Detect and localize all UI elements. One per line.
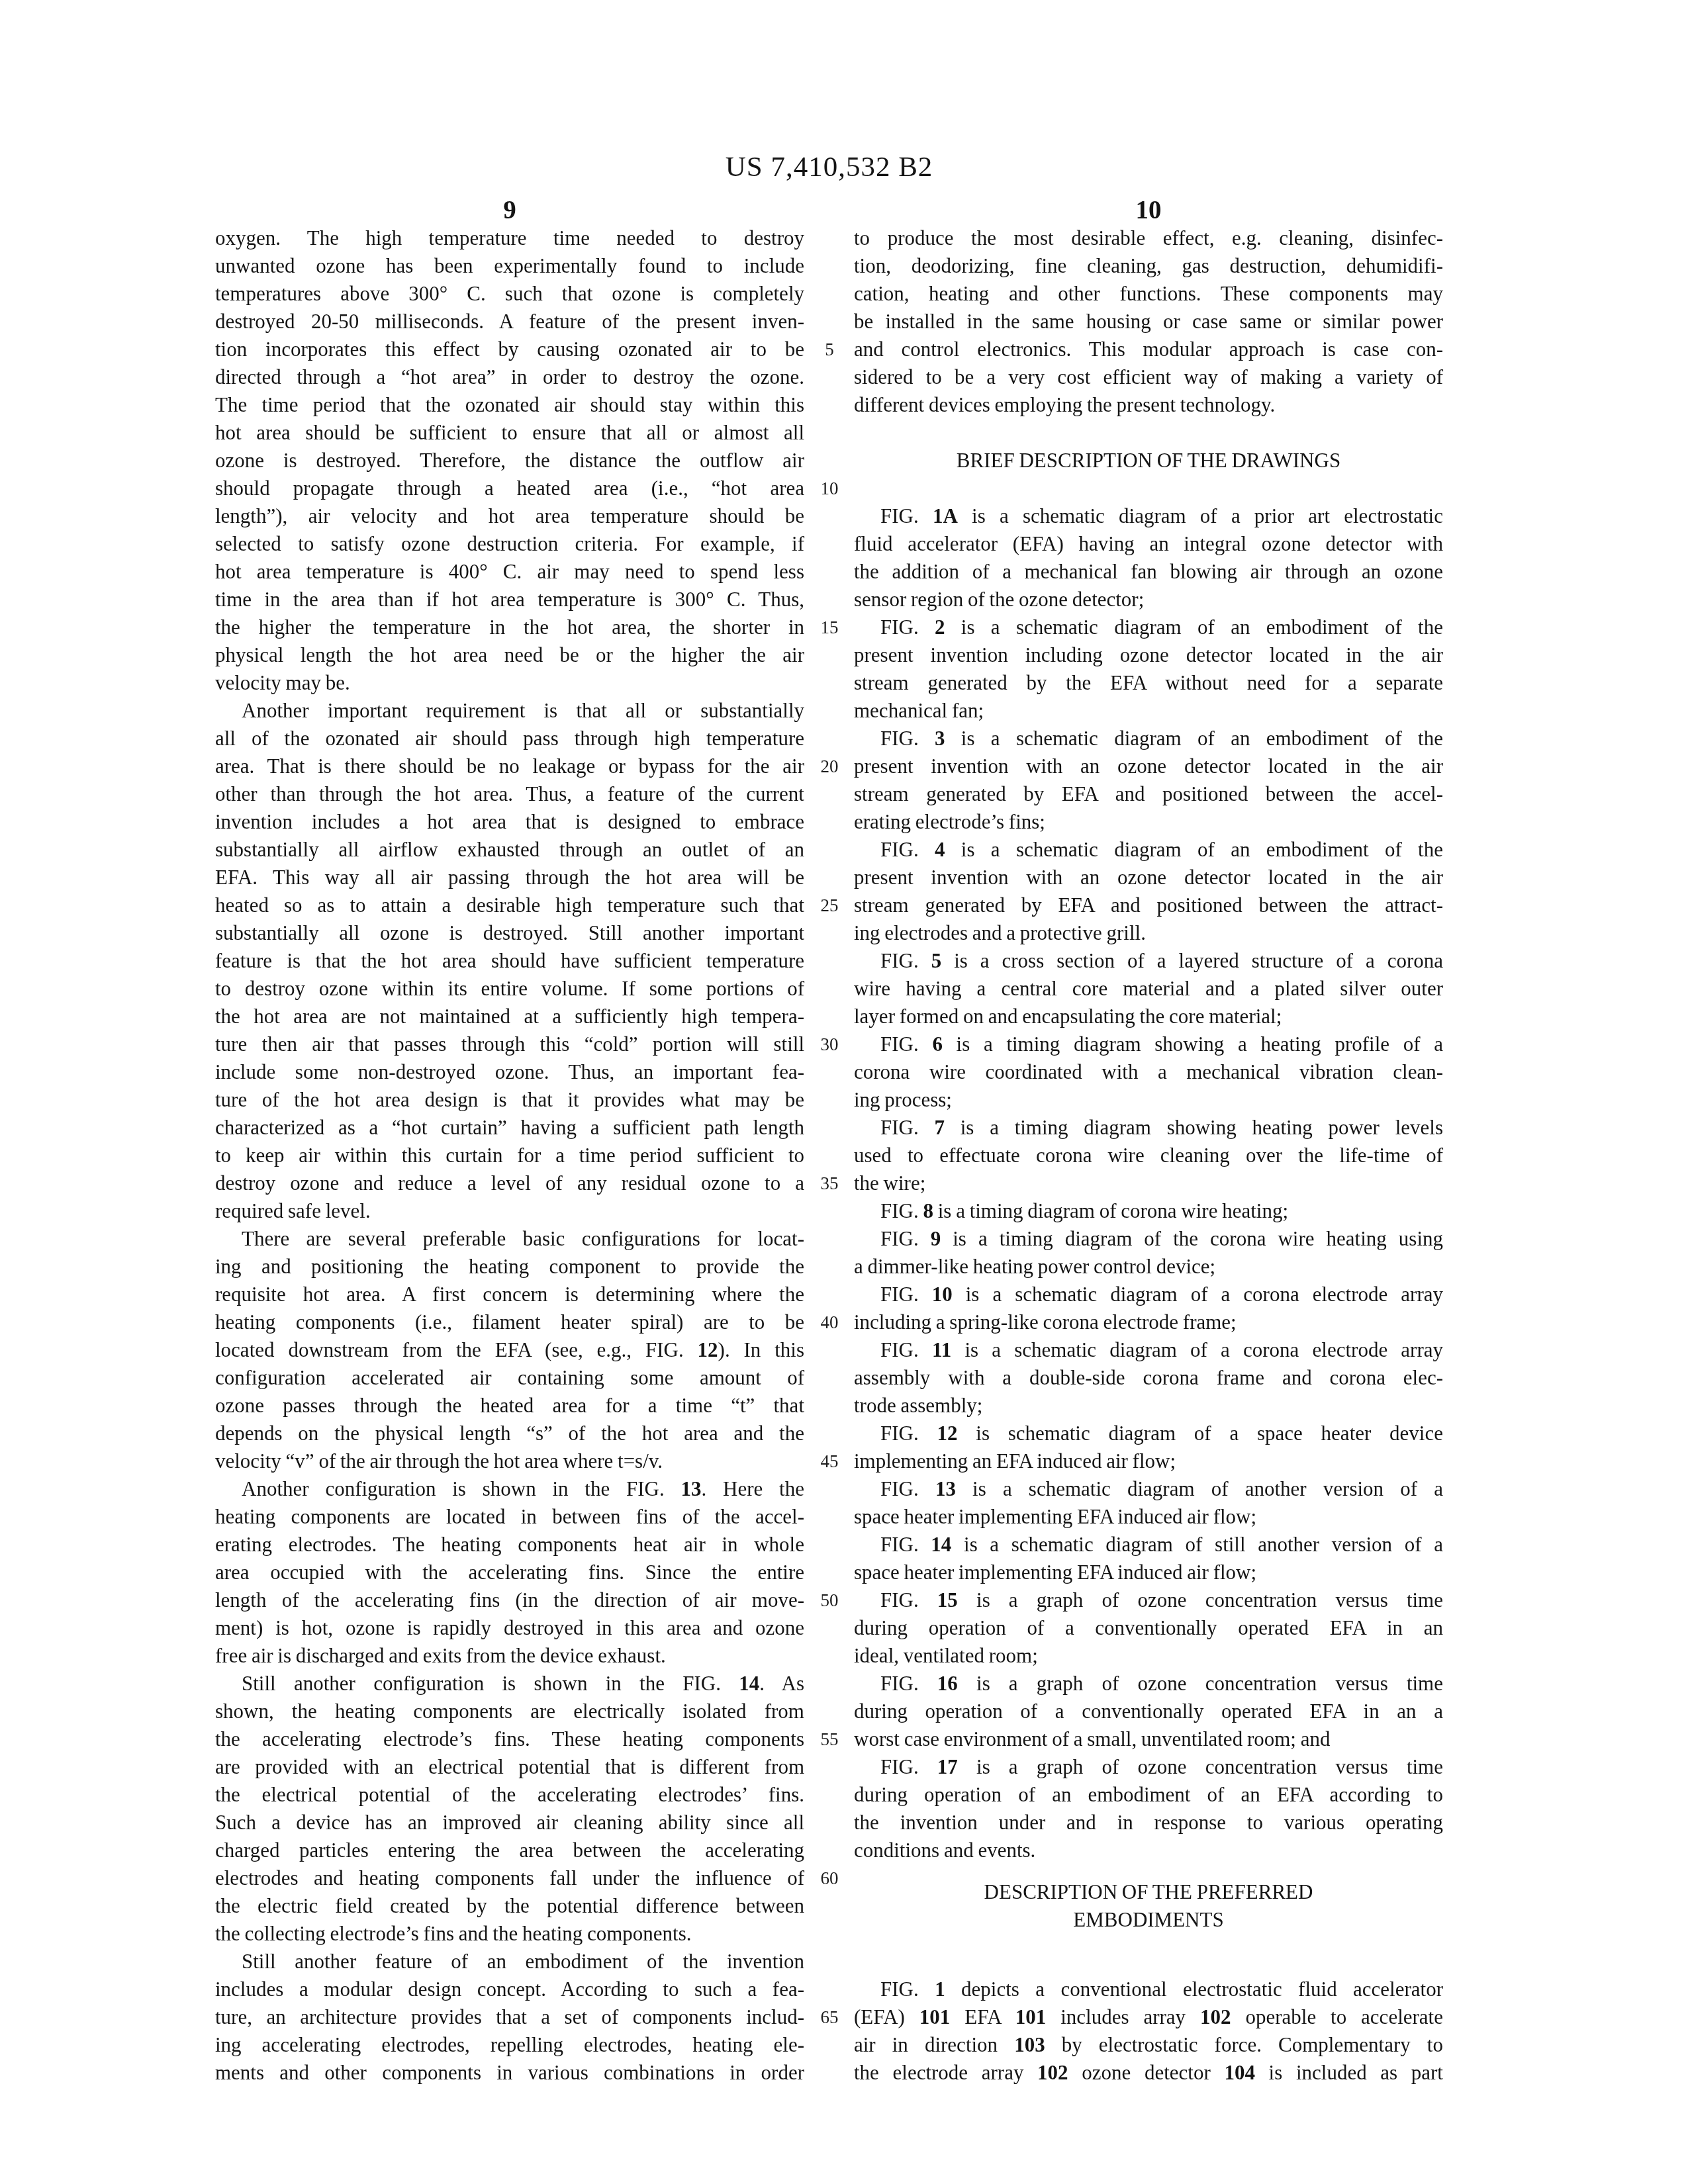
- left-column: oxygen. The high temperature time needed…: [215, 224, 804, 2130]
- text-line: to keep air within this curtain for a ti…: [215, 1142, 804, 1169]
- text-line: worst case environment of a small, unven…: [854, 1725, 1443, 1753]
- text-line: heating components are located in betwee…: [215, 1503, 804, 1531]
- text-line: a dimmer-like heating power control devi…: [854, 1253, 1443, 1281]
- text-line: other than through the hot area. Thus, a…: [215, 780, 804, 808]
- text-line: stream generated by the EFA without need…: [854, 669, 1443, 697]
- text-line: FIG. 2 is a schematic diagram of an embo…: [854, 614, 1443, 641]
- text-line: should propagate through a heated area (…: [215, 475, 804, 502]
- text-line: tion, deodorizing, fine cleaning, gas de…: [854, 252, 1443, 280]
- text-line: ozone is destroyed. Therefore, the dista…: [215, 447, 804, 475]
- text-line: corona wire coordinated with a mechanica…: [854, 1058, 1443, 1086]
- line-number-gutter: 5101520253035404550556065: [803, 224, 856, 2130]
- text-line: FIG. 14 is a schematic diagram of still …: [854, 1531, 1443, 1559]
- text-line: FIG. 8 is a timing diagram of corona wir…: [854, 1197, 1443, 1225]
- text-line: wire having a central core material and …: [854, 975, 1443, 1003]
- text-line: area occupied with the accelerating fins…: [215, 1559, 804, 1586]
- text-line: erating electrodes. The heating componen…: [215, 1531, 804, 1559]
- text-line: all of the ozonated air should pass thro…: [215, 725, 804, 752]
- text-line: FIG. 9 is a timing diagram of the corona…: [854, 1225, 1443, 1253]
- text-line: hot area should be sufficient to ensure …: [215, 419, 804, 447]
- text-line: directed through a “hot area” in order t…: [215, 363, 804, 391]
- text-line: time in the area than if hot area temper…: [215, 586, 804, 614]
- line-number: 45: [803, 1447, 856, 1475]
- text-line: including a spring-like corona electrode…: [854, 1308, 1443, 1336]
- section-heading-line: EMBODIMENTS: [854, 1906, 1443, 1934]
- text-line: the invention under and in response to v…: [854, 1809, 1443, 1837]
- text-line: present invention with an ozone detector…: [854, 752, 1443, 780]
- line-number: 5: [803, 336, 856, 363]
- text-line: the electric field created by the potent…: [215, 1892, 804, 1920]
- text-line: stream generated by EFA and positioned b…: [854, 891, 1443, 919]
- text-line: mechanical fan;: [854, 697, 1443, 725]
- line-number: 40: [803, 1308, 856, 1336]
- text-line: tion incorporates this effect by causing…: [215, 336, 804, 363]
- text-line: required safe level.: [215, 1197, 804, 1225]
- text-line: The time period that the ozonated air sh…: [215, 391, 804, 419]
- text-line: FIG. 6 is a timing diagram showing a hea…: [854, 1030, 1443, 1058]
- text-line: FIG. 1A is a schematic diagram of a prio…: [854, 502, 1443, 530]
- text-line: area. That is there should be no leakage…: [215, 752, 804, 780]
- text-line: cation, heating and other functions. The…: [854, 280, 1443, 308]
- text-line: shown, the heating components are electr…: [215, 1698, 804, 1725]
- text-line: FIG. 17 is a graph of ozone concentratio…: [854, 1753, 1443, 1781]
- section-heading-line: BRIEF DESCRIPTION OF THE DRAWINGS: [854, 447, 1443, 475]
- text-line: stream generated by EFA and positioned b…: [854, 780, 1443, 808]
- text-line: ing accelerating electrodes, repelling e…: [215, 2031, 804, 2059]
- text-line: air in direction 103 by electrostatic fo…: [854, 2031, 1443, 2059]
- text-line: erating electrode’s fins;: [854, 808, 1443, 836]
- text-line: located downstream from the EFA (see, e.…: [215, 1336, 804, 1364]
- text-line: during operation of a conventionally ope…: [854, 1698, 1443, 1725]
- text-line: Still another feature of an embodiment o…: [215, 1948, 804, 1976]
- text-line: selected to satisfy ozone destruction cr…: [215, 530, 804, 558]
- text-line: FIG. 12 is schematic diagram of a space …: [854, 1420, 1443, 1447]
- text-line: to produce the most desirable effect, e.…: [854, 224, 1443, 252]
- text-line: space heater implementing EFA induced ai…: [854, 1559, 1443, 1586]
- text-line: configuration accelerated air containing…: [215, 1364, 804, 1392]
- text-line: the wire;: [854, 1169, 1443, 1197]
- right-column: to produce the most desirable effect, e.…: [854, 224, 1443, 2130]
- text-line: (EFA) 101 EFA 101 includes array 102 ope…: [854, 2003, 1443, 2031]
- text-line: ment) is hot, ozone is rapidly destroyed…: [215, 1614, 804, 1642]
- text-line: ideal, ventilated room;: [854, 1642, 1443, 1670]
- text-line: length”), air velocity and hot area temp…: [215, 502, 804, 530]
- patent-number-header: US 7,410,532 B2: [215, 150, 1443, 185]
- text-line: ture then air that passes through this “…: [215, 1030, 804, 1058]
- text-line: Another important requirement is that al…: [215, 697, 804, 725]
- line-number: 50: [803, 1586, 856, 1614]
- text-line: implementing an EFA induced air flow;: [854, 1447, 1443, 1475]
- text-line: velocity “v” of the air through the hot …: [215, 1447, 804, 1475]
- text-line: electrodes and heating components fall u…: [215, 1864, 804, 1892]
- text-line: ing electrodes and a protective grill.: [854, 919, 1443, 947]
- line-number: 60: [803, 1864, 856, 1892]
- text-line: heating components (i.e., filament heate…: [215, 1308, 804, 1336]
- text-line: FIG. 7 is a timing diagram showing heati…: [854, 1114, 1443, 1142]
- text-line: fluid accelerator (EFA) having an integr…: [854, 530, 1443, 558]
- text-line: charged particles entering the area betw…: [215, 1837, 804, 1864]
- text-line: space heater implementing EFA induced ai…: [854, 1503, 1443, 1531]
- text-line: destroy ozone and reduce a level of any …: [215, 1169, 804, 1197]
- text-line: are provided with an electrical potentia…: [215, 1753, 804, 1781]
- text-line: substantially all ozone is destroyed. St…: [215, 919, 804, 947]
- text-line: assembly with a double-side corona frame…: [854, 1364, 1443, 1392]
- text-line: EFA. This way all air passing through th…: [215, 864, 804, 891]
- text-line: FIG. 13 is a schematic diagram of anothe…: [854, 1475, 1443, 1503]
- text-line: unwanted ozone has been experimentally f…: [215, 252, 804, 280]
- text-line: Still another configuration is shown in …: [215, 1670, 804, 1698]
- text-line: different devices employing the present …: [854, 391, 1443, 419]
- text-line: layer formed on and encapsulating the co…: [854, 1003, 1443, 1030]
- text-line: during operation of an embodiment of an …: [854, 1781, 1443, 1809]
- text-line: trode assembly;: [854, 1392, 1443, 1420]
- text-line: the higher the temperature in the hot ar…: [215, 614, 804, 641]
- text-line: be installed in the same housing or case…: [854, 308, 1443, 336]
- text-line: physical length the hot area need be or …: [215, 641, 804, 669]
- text-line: hot area temperature is 400° C. air may …: [215, 558, 804, 586]
- column-number-left: 9: [215, 195, 804, 226]
- text-line: FIG. 15 is a graph of ozone concentratio…: [854, 1586, 1443, 1614]
- text-line: the collecting electrode’s fins and the …: [215, 1920, 804, 1948]
- text-line: ing process;: [854, 1086, 1443, 1114]
- text-line: Such a device has an improved air cleani…: [215, 1809, 804, 1837]
- section-heading-line: DESCRIPTION OF THE PREFERRED: [854, 1878, 1443, 1906]
- text-line: include some non-destroyed ozone. Thus, …: [215, 1058, 804, 1086]
- text-line: FIG. 5 is a cross section of a layered s…: [854, 947, 1443, 975]
- text-line: the electrical potential of the accelera…: [215, 1781, 804, 1809]
- line-number: 65: [803, 2003, 856, 2031]
- text-line: ture, an architecture provides that a se…: [215, 2003, 804, 2031]
- text-line: length of the accelerating fins (in the …: [215, 1586, 804, 1614]
- text-line: the electrode array 102 ozone detector 1…: [854, 2059, 1443, 2087]
- text-line: to destroy ozone within its entire volum…: [215, 975, 804, 1003]
- line-number: 55: [803, 1725, 856, 1753]
- text-line: characterized as a “hot curtain” having …: [215, 1114, 804, 1142]
- text-line: FIG. 16 is a graph of ozone concentratio…: [854, 1670, 1443, 1698]
- text-line: the hot area are not maintained at a suf…: [215, 1003, 804, 1030]
- text-line: the addition of a mechanical fan blowing…: [854, 558, 1443, 586]
- text-line: heated so as to attain a desirable high …: [215, 891, 804, 919]
- text-line: the accelerating electrode’s fins. These…: [215, 1725, 804, 1753]
- text-line: There are several preferable basic confi…: [215, 1225, 804, 1253]
- text-line: during operation of a conventionally ope…: [854, 1614, 1443, 1642]
- line-number: 20: [803, 752, 856, 780]
- text-line: invention includes a hot area that is de…: [215, 808, 804, 836]
- text-line: depends on the physical length “s” of th…: [215, 1420, 804, 1447]
- text-line: FIG. 1 depicts a conventional electrosta…: [854, 1976, 1443, 2003]
- text-line: ozone passes through the heated area for…: [215, 1392, 804, 1420]
- line-number: 30: [803, 1030, 856, 1058]
- text-line: ture of the hot area design is that it p…: [215, 1086, 804, 1114]
- text-line: FIG. 10 is a schematic diagram of a coro…: [854, 1281, 1443, 1308]
- text-line: and control electronics. This modular ap…: [854, 336, 1443, 363]
- text-line: destroyed 20-50 milliseconds. A feature …: [215, 308, 804, 336]
- text-line: free air is discharged and exits from th…: [215, 1642, 804, 1670]
- text-line: FIG. 3 is a schematic diagram of an embo…: [854, 725, 1443, 752]
- text-line: Another configuration is shown in the FI…: [215, 1475, 804, 1503]
- text-line: requisite hot area. A first concern is d…: [215, 1281, 804, 1308]
- text-line: feature is that the hot area should have…: [215, 947, 804, 975]
- text-line: conditions and events.: [854, 1837, 1443, 1864]
- text-line: temperatures above 300° C. such that ozo…: [215, 280, 804, 308]
- text-line: velocity may be.: [215, 669, 804, 697]
- patent-page: US 7,410,532 B2 9 10 5101520253035404550…: [0, 0, 1688, 2184]
- text-line: present invention with an ozone detector…: [854, 864, 1443, 891]
- text-line: FIG. 11 is a schematic diagram of a coro…: [854, 1336, 1443, 1364]
- text-line: FIG. 4 is a schematic diagram of an embo…: [854, 836, 1443, 864]
- line-number: 25: [803, 891, 856, 919]
- text-line: includes a modular design concept. Accor…: [215, 1976, 804, 2003]
- line-number: 35: [803, 1169, 856, 1197]
- line-number: 15: [803, 614, 856, 641]
- text-line: substantially all airflow exhausted thro…: [215, 836, 804, 864]
- text-line: ing and positioning the heating componen…: [215, 1253, 804, 1281]
- text-line: oxygen. The high temperature time needed…: [215, 224, 804, 252]
- column-number-right: 10: [854, 195, 1443, 226]
- line-number: 10: [803, 475, 856, 502]
- text-line: used to effectuate corona wire cleaning …: [854, 1142, 1443, 1169]
- text-line: sensor region of the ozone detector;: [854, 586, 1443, 614]
- text-line: present invention including ozone detect…: [854, 641, 1443, 669]
- text-line: sidered to be a very cost efficient way …: [854, 363, 1443, 391]
- text-line: ments and other components in various co…: [215, 2059, 804, 2087]
